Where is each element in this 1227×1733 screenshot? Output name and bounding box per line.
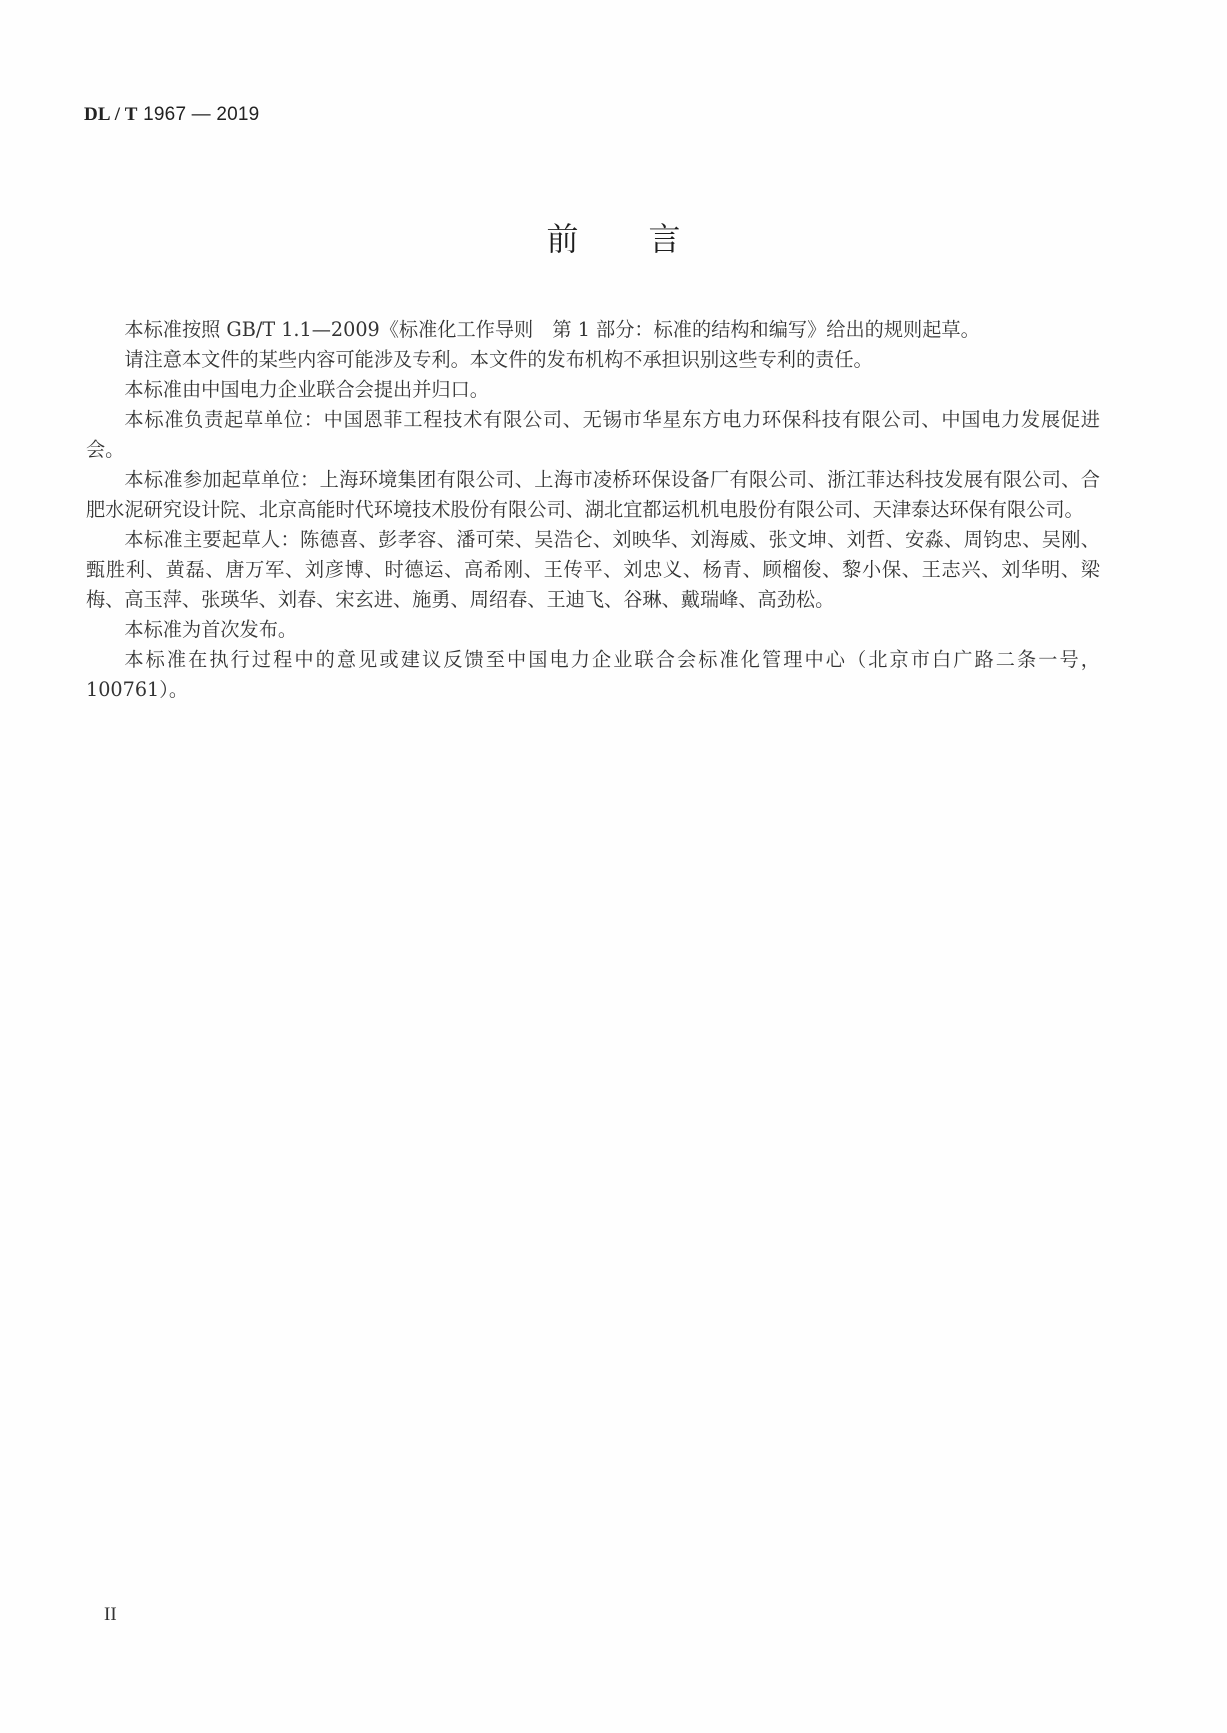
foreword-body: 本标准按照 GB/T 1.1—2009《标准化工作导则 第 1 部分：标准的结构…: [86, 315, 1100, 705]
standard-code: DL / T: [84, 104, 138, 125]
paragraph-proposer: 本标准由中国电力企业联合会提出并归口。: [86, 375, 1100, 405]
document-number: DL / T 1967 — 2019: [84, 104, 259, 126]
page-title: 前言: [0, 214, 1227, 260]
paragraph-lead-drafting-units: 本标准负责起草单位：中国恩菲工程技术有限公司、无锡市华星东方电力环保科技有限公司…: [86, 405, 1100, 465]
document-page: DL / T 1967 — 2019 前言 本标准按照 GB/T 1.1—200…: [0, 0, 1227, 1733]
paragraph-participating-units: 本标准参加起草单位：上海环境集团有限公司、上海市凌桥环保设备厂有限公司、浙江菲达…: [86, 465, 1100, 525]
paragraph-feedback: 本标准在执行过程中的意见或建议反馈至中国电力企业联合会标准化管理中心（北京市白广…: [86, 645, 1100, 705]
paragraph-drafting-rules: 本标准按照 GB/T 1.1—2009《标准化工作导则 第 1 部分：标准的结构…: [86, 315, 1100, 345]
standard-number-year: 1967 — 2019: [143, 104, 259, 125]
paragraph-first-release: 本标准为首次发布。: [86, 615, 1100, 645]
paragraph-main-drafters: 本标准主要起草人：陈德喜、彭孝容、潘可荣、吴浩仑、刘映华、刘海威、张文坤、刘哲、…: [86, 525, 1100, 615]
paragraph-patent-notice: 请注意本文件的某些内容可能涉及专利。本文件的发布机构不承担识别这些专利的责任。: [86, 345, 1100, 375]
page-number: II: [104, 1604, 117, 1626]
